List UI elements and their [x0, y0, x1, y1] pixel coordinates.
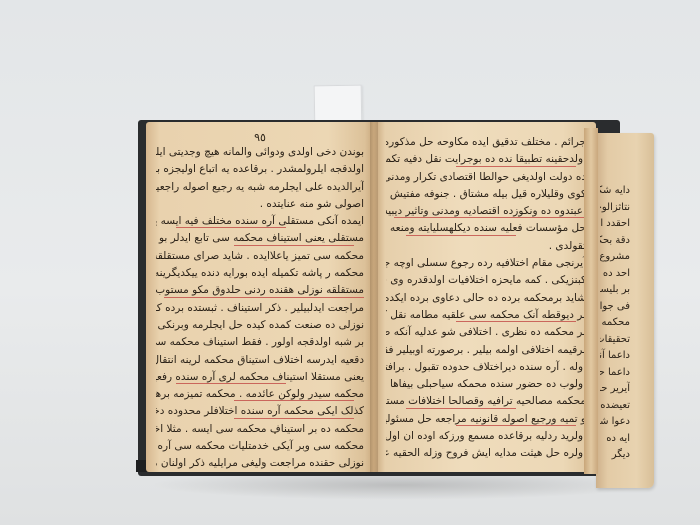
text-line: محکمه ر پاشه تکمیله ایده بورایه دنده ییک…: [156, 265, 364, 282]
text-line: بر محکمه ده نظری . اختلافی شو عدلیه آنکه…: [386, 324, 586, 341]
text-line: اولدقجه ایلرولمشدر . برقاعده یه اتباع او…: [156, 161, 364, 178]
text-line-underlined: محکمه مصالحیه ترافیه وقصالحا اختلافات مس…: [386, 393, 586, 410]
text-line: آیرنجی مقام اختلافیه رده رجوع سسلی اوچه …: [386, 255, 586, 272]
text-line-underlined: و تمیه ورجیع اصوله قانونیه مراجعه حل مسئ…: [386, 411, 586, 428]
text-line: اصولی شو منه عنایتده .: [156, 196, 364, 213]
left-page-text: بوندن دخی اولدی ودوائی والمانه هیچ وجدیت…: [156, 144, 364, 472]
text-line: محکمه سی وبر آیکی خدمتلیات محکمه سی آره …: [156, 438, 364, 455]
text-line: اولرید ردلیه برقاعده مسمع ورزکه اوده ان …: [386, 428, 586, 445]
page-fold-edge: [584, 128, 598, 474]
insert-line: آیریر حد: [600, 381, 630, 398]
insert-line: احد ده مد: [600, 266, 630, 283]
text-line: شاید برمحکمه برده ده حالی دعاوی برده ایک…: [386, 290, 586, 307]
text-line-underlined: کذلک ایکی محکمه آره سنده اختلافلر محدوده…: [156, 403, 364, 420]
text-line: نوزلی حقنده مراجعت ولیغی مرایلیه ذکر اول…: [156, 455, 364, 472]
text-line-underlined: حل مؤسسات فعلیه سنده دیکلهسلیایته ومنعه …: [386, 220, 586, 237]
text-line-underlined: ایمده آنکی مستقلی آره سنده مختلف فیه ایس…: [156, 213, 364, 230]
insert-line: دایه شکه: [600, 183, 630, 200]
text-line-underlined: یعنی مستقلا استیناف محکمه لری آره سنده ر…: [156, 369, 364, 386]
insert-line: تعیضده د: [600, 398, 630, 415]
text-line-underlined: محکمه سیدر ولوکن عائدمه . محکمه تمیزمه ب…: [156, 386, 364, 403]
paper-speck: [274, 432, 276, 434]
insert-line: فی جوا: [600, 299, 630, 316]
text-line-underlined: اعبتدوه ده ونکوزده اقتصادیه ومدنی وتاثیر…: [386, 203, 586, 220]
text-line: نوزلی ده صنعت کمده کیده حل ایجلرمه وبرنک…: [156, 317, 364, 334]
text-line: اولره حل هیثت مدایه ایش فروح وزله الحقیه…: [386, 445, 586, 462]
text-line: کبنزیکی . کمه مایحزه اختلافیات اولدقدره …: [386, 272, 586, 289]
text-line: محکمه ده بر استیناف محکمه سی ایسه . مثلا…: [156, 421, 364, 438]
page-number: ٩٥: [146, 131, 374, 144]
left-page: ٩٥ بوندن دخی اولدی ودوائی والمانه هیچ وج…: [146, 122, 374, 472]
text-line: اولوب ده حضور سنده محمکه سیاحبلی بیفاها …: [386, 376, 586, 393]
text-line: آیرالدیده علی ایجلرمه شبه یه رجیع اصوله …: [156, 179, 364, 196]
text-line: کوی وقلیلاره قیل بیله مشتاق . جنوفه مفتی…: [386, 186, 586, 203]
text-line: بوندن دخی اولدی ودوائی والمانه هیچ وجدیت…: [156, 144, 364, 161]
insert-line: داعما حقد: [600, 365, 630, 382]
text-line: مراجعت ایدلبیلیر . ذکر استیناف . ثبستده …: [156, 300, 364, 317]
text-line: بر شبه اولدقجه اولور . فقط استیناف محکمه…: [156, 334, 364, 351]
text-line: جرائم . مختلف تدقیق ایده مکاوحه حل مذکور…: [386, 134, 586, 151]
insert-text: دایه شکه نتاثزالوحه احقدد ایه دقة بحکا م…: [600, 183, 630, 464]
text-line: ده دولت اولدیغی حوالطا اقتصادی تکرار ومد…: [386, 169, 586, 186]
text-line: محکمه سی تمیز یاعلاایده . شاید صرای مستق…: [156, 248, 364, 265]
insert-line: مشروع: [600, 249, 630, 266]
loose-insert-sheet: دایه شکه نتاثزالوحه احقدد ایه دقة بحکا م…: [596, 133, 654, 488]
text-line-underlined: بر دیوقطه آنک محکمه سی علقیه مطامه نقل ک…: [386, 307, 586, 324]
text-line: تقولدی .: [386, 238, 586, 255]
insert-line: نتاثزالوحه: [600, 200, 630, 217]
insert-line: محکمه با تقد: [600, 315, 630, 332]
book-gutter: [370, 122, 378, 472]
text-line: برقیمه اختلافی اولمه بیلیر . برصورته اوب…: [386, 342, 586, 359]
insert-line: بر بلیسه: [600, 282, 630, 299]
insert-line: ایه ده: [600, 431, 630, 448]
text-line: اوله . آره سنده دیراختلاف حدوده تقبول . …: [386, 359, 586, 376]
insert-line: دعوا شنا: [600, 414, 630, 431]
text-line-underlined: مستقلقه نوزلی هقنده ردنی حلدوق مکو مستوب…: [156, 282, 364, 299]
right-page-text: جرائم . مختلف تدقیق ایده مکاوحه حل مذکور…: [386, 134, 586, 463]
text-line: دقعیه ایدرسه اختلاف استیناق محکمه لرینه …: [156, 352, 364, 369]
text-line-underlined: مستقلی یعنی استیناف محکمه سی تابع ایدلر …: [156, 230, 364, 247]
insert-line: دقة بحکا: [600, 233, 630, 250]
text-line-underlined: اولدحقینه تطبیقا نده ده بوجرایت نقل دفیه…: [386, 151, 586, 168]
insert-line: تحقیقات: [600, 332, 630, 349]
insert-line: دیگر: [600, 447, 630, 464]
insert-line: احقدد ایه: [600, 216, 630, 233]
insert-line: داعما آنکا: [600, 348, 630, 365]
right-page: جرائم . مختلف تدقیق ایده مکاوحه حل مذکور…: [374, 122, 596, 472]
paper-speck: [262, 462, 264, 464]
